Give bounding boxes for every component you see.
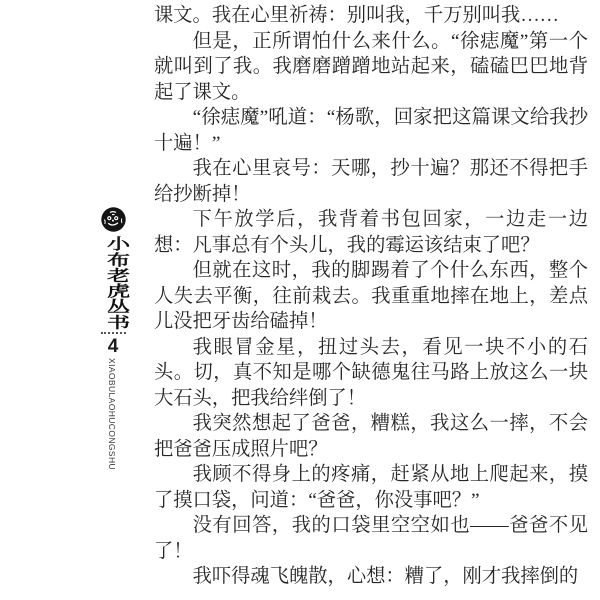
paragraph: “徐痣魔”吼道：“杨歌，回家把这篇课文给我抄十遍！” — [154, 105, 588, 156]
paragraph: 我顾不得身上的疼痛，赶紧从地上爬起来，摸了摸口袋，问道：“爸爸，你没事吧？” — [154, 462, 588, 513]
paragraph: 我吓得魂飞魄散，心想：糟了，刚才我摔倒的 — [154, 564, 588, 590]
paragraph: 但是，正所谓怕什么来什么。“徐痣魔”第一个就叫到了我。我磨磨蹭蹭地站起来，磕磕巴… — [154, 29, 588, 106]
series-title-vertical: 小布老虎丛书 — [100, 236, 133, 330]
story-text: 课文。我在心里祈祷：别叫我，千万别叫我…… 但是，正所谓怕什么来什么。“徐痣魔”… — [154, 3, 588, 590]
paragraph: 下午放学后，我背着书包回家，一边走一边想：凡事总有个头儿，我的霉运该结束了吧？ — [154, 207, 588, 258]
book-page: 小布老虎丛书 4 XIAOBULAOHUCONGSHU 课文。我在心里祈祷：别叫… — [0, 0, 600, 600]
paragraph: 没有回答，我的口袋里空空如也——爸爸不见了！ — [154, 513, 588, 564]
paragraph: 我在心里哀号：天哪，抄十遍？那还不得把手给抄断掉！ — [154, 156, 588, 207]
dotted-separator — [101, 332, 126, 334]
volume-number: 4 — [96, 336, 130, 358]
paragraph: 我突然想起了爸爸，糟糕，我这么一摔，不会把爸爸压成照片吧？ — [154, 411, 588, 462]
paragraph: 课文。我在心里祈祷：别叫我，千万别叫我…… — [154, 3, 588, 29]
tiger-emblem-icon — [100, 206, 127, 233]
paragraph: 我眼冒金星，扭过头去，看见一块不小的石头。切，真不知是哪个缺德鬼往马路上放这么一… — [154, 335, 588, 412]
paragraph: 但就在这时，我的脚踢着了个什么东西，整个人失去平衡，往前栽去。我重重地摔在地上，… — [154, 258, 588, 335]
series-title-romanized: XIAOBULAOHUCONGSHU — [107, 358, 117, 470]
